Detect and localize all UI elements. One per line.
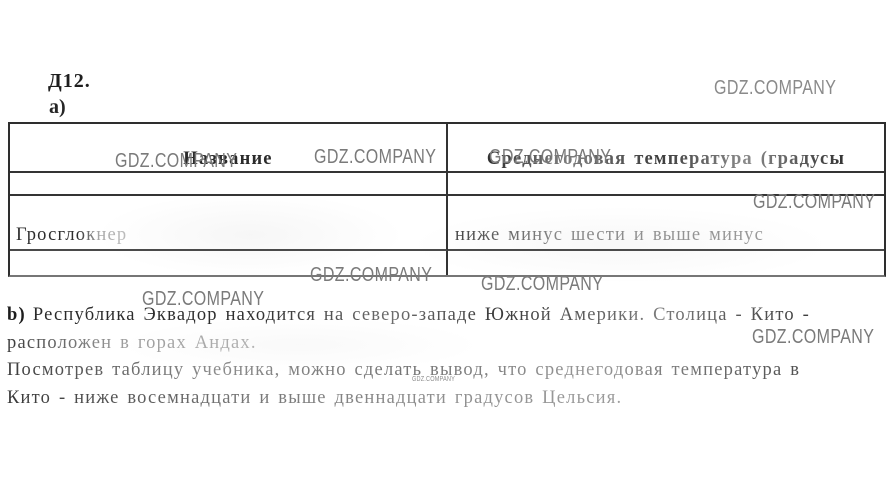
paragraph-text: Посмотрев таблицу учебника, можно сделат… <box>7 357 800 385</box>
scanned-document-page: Д12. а) Название Среднегодовая температу… <box>0 0 893 502</box>
gdz-company-watermark: GDZ.COMPANY <box>714 77 836 100</box>
gdz-company-watermark: GDZ.COMPANY <box>489 146 611 169</box>
mountain-name: Цуг-Шпитце <box>16 274 129 275</box>
mountain-name-cell: Монблан <box>10 173 448 196</box>
problem-number: Д12. <box>48 70 91 93</box>
temperature-cell: ниже нуля и выше минус шести <box>448 251 884 275</box>
gdz-company-watermark: GDZ.COMPANY <box>412 376 455 383</box>
gdz-company-watermark: GDZ.COMPANY <box>142 288 264 311</box>
part-b-paragraph: b)Республика Эквадор находится на северо… <box>7 302 889 412</box>
gdz-company-watermark: GDZ.COMPANY <box>115 150 237 173</box>
gdz-company-watermark: GDZ.COMPANY <box>481 273 603 296</box>
mountain-name-cell: Гросглокнер <box>10 196 448 251</box>
paragraph-text: расположен в горах Андах. <box>7 330 257 358</box>
part-b-label: b) <box>7 305 26 325</box>
part-a-label: а) <box>49 96 66 119</box>
paragraph-text: Кито - ниже восемнадцати и выше двеннадц… <box>7 385 622 413</box>
gdz-company-watermark: GDZ.COMPANY <box>314 146 436 169</box>
gdz-company-watermark: GDZ.COMPANY <box>752 326 874 349</box>
gdz-company-watermark: GDZ.COMPANY <box>310 264 432 287</box>
paragraph-line: Кито - ниже восемнадцати и выше двеннадц… <box>7 385 889 413</box>
mountain-name: Гросглокнер <box>16 223 127 247</box>
gdz-company-watermark: GDZ.COMPANY <box>753 191 875 214</box>
temperature-value: ниже минус шести и выше минус двенадцати <box>455 223 764 251</box>
